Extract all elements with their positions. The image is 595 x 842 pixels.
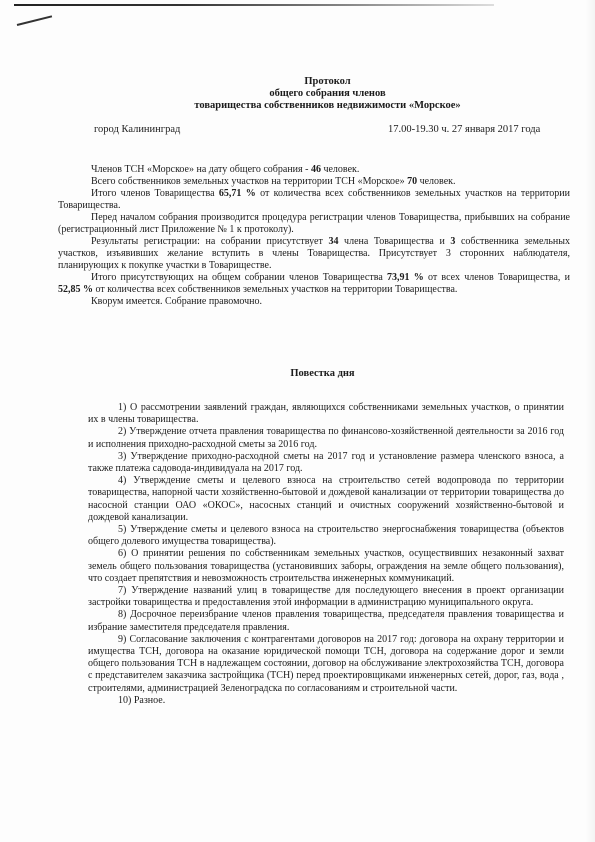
intro-section: Членов ТСН «Морское» на дату общего собр… [58, 164, 570, 308]
title-line-1: Протокол [60, 76, 595, 88]
scan-edge-mark [14, 4, 494, 6]
owners-count: Всего собственников земельных участков н… [58, 176, 570, 188]
agenda-item: 4) Утверждение сметы и целевого взноса н… [88, 475, 564, 524]
agenda-item: 1) О рассмотрении заявлений граждан, явл… [88, 402, 564, 426]
agenda-list: 1) О рассмотрении заявлений граждан, явл… [88, 402, 564, 707]
pen-mark [17, 15, 52, 26]
agenda-item: 6) О принятии решения по собственникам з… [88, 548, 564, 585]
agenda-item: 3) Утверждение приходно-расходной сметы … [88, 451, 564, 475]
agenda-item: 9) Согласование заключения с контрагента… [88, 634, 564, 695]
scan-shadow [585, 0, 595, 842]
members-percent: Итого членов Товарищества 65,71 % от кол… [58, 188, 570, 212]
title-line-3: товарищества собственников недвижимости … [60, 100, 595, 112]
document-title: Протокол общего собрания членов товарище… [0, 76, 595, 112]
quorum-statement: Кворум имеется. Собрание правомочно. [58, 296, 570, 308]
registration-results: Результаты регистрации: на собрании прис… [58, 236, 570, 272]
agenda-item: 5) Утверждение сметы и целевого взноса н… [88, 524, 564, 548]
meeting-place: город Калининград [94, 124, 180, 135]
agenda-item: 8) Досрочное переизбрание членов правлен… [88, 609, 564, 633]
attendance-percent: Итого присутствующих на общем собрании ч… [58, 272, 570, 296]
agenda-item: 2) Утверждение отчета правления товарище… [88, 426, 564, 450]
members-count: Членов ТСН «Морское» на дату общего собр… [58, 164, 570, 176]
agenda-title: Повестка дня [0, 368, 595, 379]
agenda-item: 7) Утверждение названий улиц в товарищес… [88, 585, 564, 609]
meeting-datetime: 17.00-19.30 ч. 27 января 2017 года [388, 124, 540, 135]
agenda-item: 10) Разное. [88, 695, 564, 707]
registration-procedure: Перед началом собрания производится проц… [58, 212, 570, 236]
title-line-2: общего собрания членов [60, 88, 595, 100]
